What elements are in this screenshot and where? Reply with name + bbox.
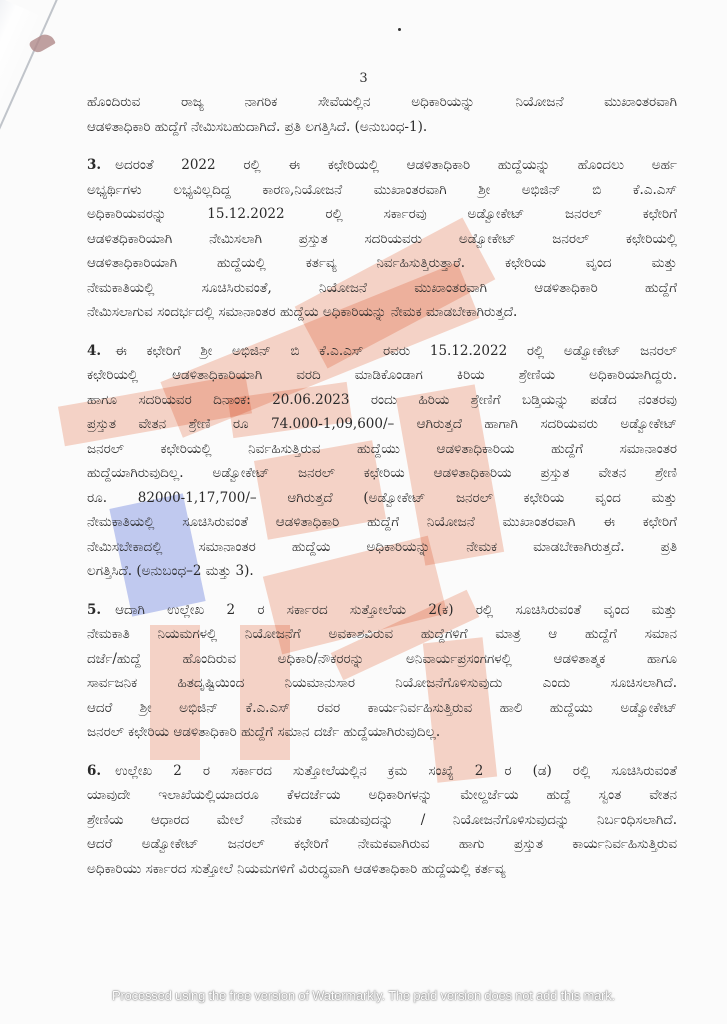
text-line: ಆಡಳಿತಾಧಿಕಾರಿ ಹುದ್ದೆಗೆ ನೇಮಿಸಬಹುದಾಗಿದೆ. ಪ್… — [87, 115, 677, 140]
text-line: ಕಛೇರಿಯಲ್ಲಿ ಆಡಳಿತಾಧಿಕಾರಿಯಾಗಿ ವರದಿ ಮಾಡಿಕೊಂ… — [87, 363, 677, 388]
text-line: ನೇಮಕಾತಿಯಲ್ಲಿ ಸೂಚಿಸಿರುವಂತೆ, ನಿಯೋಜನೆ ಮುಖಾಂ… — [87, 276, 677, 301]
line-text: ಅಧಿಕಾರಿಯು ಸರ್ಕಾರದ ಸುತ್ತೋಲೆ ನಿಯಮಗಳಿಗೆ ವಿರ… — [87, 861, 505, 877]
line-text: ಜನರಲ್ ಕಛೇರಿಯಲ್ಲಿ ನಿರ್ವಹಿಸುತ್ತಿರುವ ಹುದ್ದೆ… — [87, 441, 677, 457]
text-line: ಸಾರ್ವಜನಿಕ ಹಿತದೃಷ್ಟಿಯಿಂದ ನಿಯಮಾನುಸಾರ ನಿಯೋಜ… — [87, 671, 677, 696]
line-text: ಉಲ್ಲೇಖ 2 ರ ಸರ್ಕಾರದ ಸುತ್ತೋಲೆಯಲ್ಲಿನ ಕ್ರಮ ಸ… — [115, 763, 677, 779]
text-line: ಆಡಳಿತಾಧಿಕಾರಿಯಾಗಿ ಹುದ್ದೆಯಲ್ಲಿ ಕರ್ತವ್ಯ ನಿರ… — [87, 251, 677, 276]
watermark-footer-text: Processed using the free version of Wate… — [0, 988, 727, 1003]
paragraph: 5.ಆದಾಗಿ ಉಲ್ಲೇಖ 2 ರ ಸರ್ಕಾರದ ಸುತ್ತೋಲೆಯ 2(ಕ… — [87, 598, 677, 745]
text-line: 6.ಉಲ್ಲೇಖ 2 ರ ಸರ್ಕಾರದ ಸುತ್ತೋಲೆಯಲ್ಲಿನ ಕ್ರಮ… — [87, 759, 677, 784]
text-line: ನೇಮಿಸಬೇಕಾದಲ್ಲಿ ಸಮಾನಾಂತರ ಹುದ್ದೆಯ ಅಧಿಕಾರಿಯ… — [87, 535, 677, 560]
line-text: ಆಡಳಿತಾಧಿಕಾರಿ ಹುದ್ದೆಗೆ ನೇಮಿಸಬಹುದಾಗಿದೆ. ಪ್… — [87, 119, 427, 135]
paragraph: 4.ಈ ಕಛೇರಿಗೆ ಶ್ರೀ ಅಭಿಜಿನ್ ಬಿ ಕೆ.ಎ.ಎಸ್ ರವರ… — [87, 339, 677, 584]
text-line: ಆದರೆ ಶ್ರೀ ಅಭಿಜಿನ್ ಕೆ.ಎ.ಎಸ್ ರವರ ಕಾರ್ಯನಿರ್… — [87, 696, 677, 721]
line-text: ಅಧಿಕಾರಿಯವರನ್ನು 15.12.2022 ರಲ್ಲಿ ಸರ್ಕಾರವು… — [87, 206, 677, 222]
paragraph: 3.ಅದರಂತೆ 2022 ರಲ್ಲಿ ಈ ಕಛೇರಿಯಲ್ಲಿ ಆಡಳಿತಾಧ… — [87, 153, 677, 325]
text-line: 5.ಆದಾಗಿ ಉಲ್ಲೇಖ 2 ರ ಸರ್ಕಾರದ ಸುತ್ತೋಲೆಯ 2(ಕ… — [87, 598, 677, 623]
text-line: ಅಭ್ಯರ್ಥಿಗಳು ಲಭ್ಯವಿಲ್ಲದಿದ್ದ ಕಾರಣ,ನಿಯೋಜನೆ … — [87, 178, 677, 203]
line-text: ರೂ. 82000-1,17,700/– ಆಗಿರುತ್ತದೆ (ಅಡ್ವೋಕೇ… — [87, 490, 677, 506]
text-line: ರೂ. 82000-1,17,700/– ಆಗಿರುತ್ತದೆ (ಅಡ್ವೋಕೇ… — [87, 486, 677, 511]
text-line: 4.ಈ ಕಛೇರಿಗೆ ಶ್ರೀ ಅಭಿಜಿನ್ ಬಿ ಕೆ.ಎ.ಎಸ್ ರವರ… — [87, 339, 677, 364]
line-text: ಜನರಲ್ ಕಛೇರಿಯ ಆಡಳಿತಾಧಿಕಾರಿ ಹುದ್ದೆಗೆ ಸಮಾನ … — [87, 724, 440, 740]
punch-dot — [398, 28, 401, 31]
text-line: ಅಧಿಕಾರಿಯು ಸರ್ಕಾರದ ಸುತ್ತೋಲೆ ನಿಯಮಗಳಿಗೆ ವಿರ… — [87, 857, 677, 882]
line-text: ಅಭ್ಯರ್ಥಿಗಳು ಲಭ್ಯವಿಲ್ಲದಿದ್ದ ಕಾರಣ,ನಿಯೋಜನೆ … — [87, 182, 677, 198]
line-text: ನೇಮಿಸಬೇಕಾದಲ್ಲಿ ಸಮಾನಾಂತರ ಹುದ್ದೆಯ ಅಧಿಕಾರಿಯ… — [87, 539, 677, 555]
line-text: ನೇಮಕಾತಿಯಲ್ಲಿ ಸೂಚಿಸಿರುವಂತೆ ಆಡಳಿತಾಧಿಕಾರಿ ಹ… — [87, 514, 677, 530]
line-text: ನೇಮಕಾತಿಯಲ್ಲಿ ಸೂಚಿಸಿರುವಂತೆ, ನಿಯೋಜನೆ ಮುಖಾಂ… — [87, 280, 677, 296]
text-line: ದರ್ಜೆ/ಹುದ್ದೆ ಹೊಂದಿರುವ ಅಧಿಕಾರಿ/ನೌಕರರನ್ನು … — [87, 647, 677, 672]
paragraph-number: 6. — [87, 763, 101, 779]
line-text: ನೇಮಿಸಲಾಗುವ ಸಂದರ್ಭದಲ್ಲಿ ಸಮಾನಾಂತರ ಹುದ್ದೆಯ … — [87, 304, 517, 320]
line-text: ನೇಮಕಾತಿ ನಿಯಮಗಳಲ್ಲಿ ನಿಯೋಜನೆಗೆ ಅವಕಾಶವಿರುವ … — [87, 626, 677, 642]
text-line: ಯಾವುದೇ ಇಲಾಖೆಯಲ್ಲಿಯಾದರೂ ಕೆಳದರ್ಜೆಯ ಅಧಿಕಾರಿ… — [87, 783, 677, 808]
line-text: ಆದಾಗಿ ಉಲ್ಲೇಖ 2 ರ ಸರ್ಕಾರದ ಸುತ್ತೋಲೆಯ 2(ಕ) … — [115, 602, 677, 618]
line-text: ಹುದ್ದೆಯಾಗಿರುವುದಿಲ್ಲ. ಅಡ್ವೋಕೇಟ್ ಜನರಲ್ ಕಛೇ… — [87, 465, 677, 481]
text-line: ಜನರಲ್ ಕಛೇರಿಯ ಆಡಳಿತಾಧಿಕಾರಿ ಹುದ್ದೆಗೆ ಸಮಾನ … — [87, 720, 677, 745]
text-line: ಶ್ರೇಣಿಯ ಆಧಾರದ ಮೇಲೆ ನೇಮಕ ಮಾಡುವುದನ್ನು / ನಿ… — [87, 808, 677, 833]
text-line: ನೇಮಕಾತಿ ನಿಯಮಗಳಲ್ಲಿ ನಿಯೋಜನೆಗೆ ಅವಕಾಶವಿರುವ … — [87, 622, 677, 647]
line-text: ಶ್ರೇಣಿಯ ಆಧಾರದ ಮೇಲೆ ನೇಮಕ ಮಾಡುವುದನ್ನು / ನಿ… — [87, 812, 677, 828]
line-text: ಸಾರ್ವಜನಿಕ ಹಿತದೃಷ್ಟಿಯಿಂದ ನಿಯಮಾನುಸಾರ ನಿಯೋಜ… — [87, 675, 677, 691]
line-text: ಹೊಂದಿರುವ ರಾಜ್ಯ ನಾಗರಿಕ ಸೇವೆಯಲ್ಲಿನ ಅಧಿಕಾರಿ… — [87, 94, 677, 110]
document-body: ಹೊಂದಿರುವ ರಾಜ್ಯ ನಾಗರಿಕ ಸೇವೆಯಲ್ಲಿನ ಅಧಿಕಾರಿ… — [87, 90, 677, 895]
text-line: ಆದರೆ ಅಡ್ವೋಕೇಟ್ ಜನರಲ್ ಕಛೇರಿಗೆ ನೇಮಕವಾಗಿರುವ… — [87, 832, 677, 857]
paragraph-number: 4. — [87, 343, 101, 359]
paragraph: ಹೊಂದಿರುವ ರಾಜ್ಯ ನಾಗರಿಕ ಸೇವೆಯಲ್ಲಿನ ಅಧಿಕಾರಿ… — [87, 90, 677, 139]
line-text: ಆಡಳಿತಾಧಿಕಾರಿಯಾಗಿ ಹುದ್ದೆಯಲ್ಲಿ ಕರ್ತವ್ಯ ನಿರ… — [87, 255, 677, 271]
paragraph-number: 3. — [87, 157, 101, 173]
text-line: ಹೊಂದಿರುವ ರಾಜ್ಯ ನಾಗರಿಕ ಸೇವೆಯಲ್ಲಿನ ಅಧಿಕಾರಿ… — [87, 90, 677, 115]
line-text: ಪ್ರಸ್ತುತ ವೇತನ ಶ್ರೇಣಿ ರೂ 74.000-1,09,600/… — [87, 416, 677, 432]
line-text: ಕಛೇರಿಯಲ್ಲಿ ಆಡಳಿತಾಧಿಕಾರಿಯಾಗಿ ವರದಿ ಮಾಡಿಕೊಂ… — [87, 367, 677, 383]
line-text: ಆಡಳಿತಧಿಕಾರಿಯಾಗಿ ನೇಮಿಸಲಾಗಿ ಪ್ರಸ್ತುತ ಸದರಿಯ… — [87, 231, 677, 247]
text-line: ಹುದ್ದೆಯಾಗಿರುವುದಿಲ್ಲ. ಅಡ್ವೋಕೇಟ್ ಜನರಲ್ ಕಛೇ… — [87, 461, 677, 486]
line-text: ಯಾವುದೇ ಇಲಾಖೆಯಲ್ಲಿಯಾದರೂ ಕೆಳದರ್ಜೆಯ ಅಧಿಕಾರಿ… — [87, 787, 677, 803]
line-text: ಆದರೆ ಶ್ರೀ ಅಭಿಜಿನ್ ಕೆ.ಎ.ಎಸ್ ರವರ ಕಾರ್ಯನಿರ್… — [87, 700, 677, 716]
line-text: ದರ್ಜೆ/ಹುದ್ದೆ ಹೊಂದಿರುವ ಅಧಿಕಾರಿ/ನೌಕರರನ್ನು … — [87, 651, 677, 667]
text-line: ಲಗತ್ತಿಸಿದೆ. (ಅನುಬಂಧ–2 ಮತ್ತು 3). — [87, 559, 677, 584]
line-text: ಆದರೆ ಅಡ್ವೋಕೇಟ್ ಜನರಲ್ ಕಛೇರಿಗೆ ನೇಮಕವಾಗಿರುವ… — [87, 836, 677, 852]
text-line: ಪ್ರಸ್ತುತ ವೇತನ ಶ್ರೇಣಿ ರೂ 74.000-1,09,600/… — [87, 412, 677, 437]
text-line: ಆಡಳಿತಧಿಕಾರಿಯಾಗಿ ನೇಮಿಸಲಾಗಿ ಪ್ರಸ್ತುತ ಸದರಿಯ… — [87, 227, 677, 252]
line-text: ಹಾಗೂ ಸದರಿಯವರ ದಿನಾಂಕ: 20.06.2023 ರಂದು ಹಿರ… — [87, 392, 677, 408]
text-line: 3.ಅದರಂತೆ 2022 ರಲ್ಲಿ ಈ ಕಛೇರಿಯಲ್ಲಿ ಆಡಳಿತಾಧ… — [87, 153, 677, 178]
line-text: ಲಗತ್ತಿಸಿದೆ. (ಅನುಬಂಧ–2 ಮತ್ತು 3). — [87, 563, 254, 579]
text-line: ನೇಮಿಸಲಾಗುವ ಸಂದರ್ಭದಲ್ಲಿ ಸಮಾನಾಂತರ ಹುದ್ದೆಯ … — [87, 300, 677, 325]
text-line: ಅಧಿಕಾರಿಯವರನ್ನು 15.12.2022 ರಲ್ಲಿ ಸರ್ಕಾರವು… — [87, 202, 677, 227]
line-text: ಅದರಂತೆ 2022 ರಲ್ಲಿ ಈ ಕಛೇರಿಯಲ್ಲಿ ಆಡಳಿತಾಧಿಕ… — [115, 157, 677, 173]
paragraph-number: 5. — [87, 602, 101, 618]
page-number: 3 — [0, 71, 727, 86]
text-line: ಜನರಲ್ ಕಛೇರಿಯಲ್ಲಿ ನಿರ್ವಹಿಸುತ್ತಿರುವ ಹುದ್ದೆ… — [87, 437, 677, 462]
paragraph: 6.ಉಲ್ಲೇಖ 2 ರ ಸರ್ಕಾರದ ಸುತ್ತೋಲೆಯಲ್ಲಿನ ಕ್ರಮ… — [87, 759, 677, 882]
line-text: ಈ ಕಛೇರಿಗೆ ಶ್ರೀ ಅಭಿಜಿನ್ ಬಿ ಕೆ.ಎ.ಎಸ್ ರವರು … — [115, 343, 677, 359]
text-line: ಹಾಗೂ ಸದರಿಯವರ ದಿನಾಂಕ: 20.06.2023 ರಂದು ಹಿರ… — [87, 388, 677, 413]
text-line: ನೇಮಕಾತಿಯಲ್ಲಿ ಸೂಚಿಸಿರುವಂತೆ ಆಡಳಿತಾಧಿಕಾರಿ ಹ… — [87, 510, 677, 535]
